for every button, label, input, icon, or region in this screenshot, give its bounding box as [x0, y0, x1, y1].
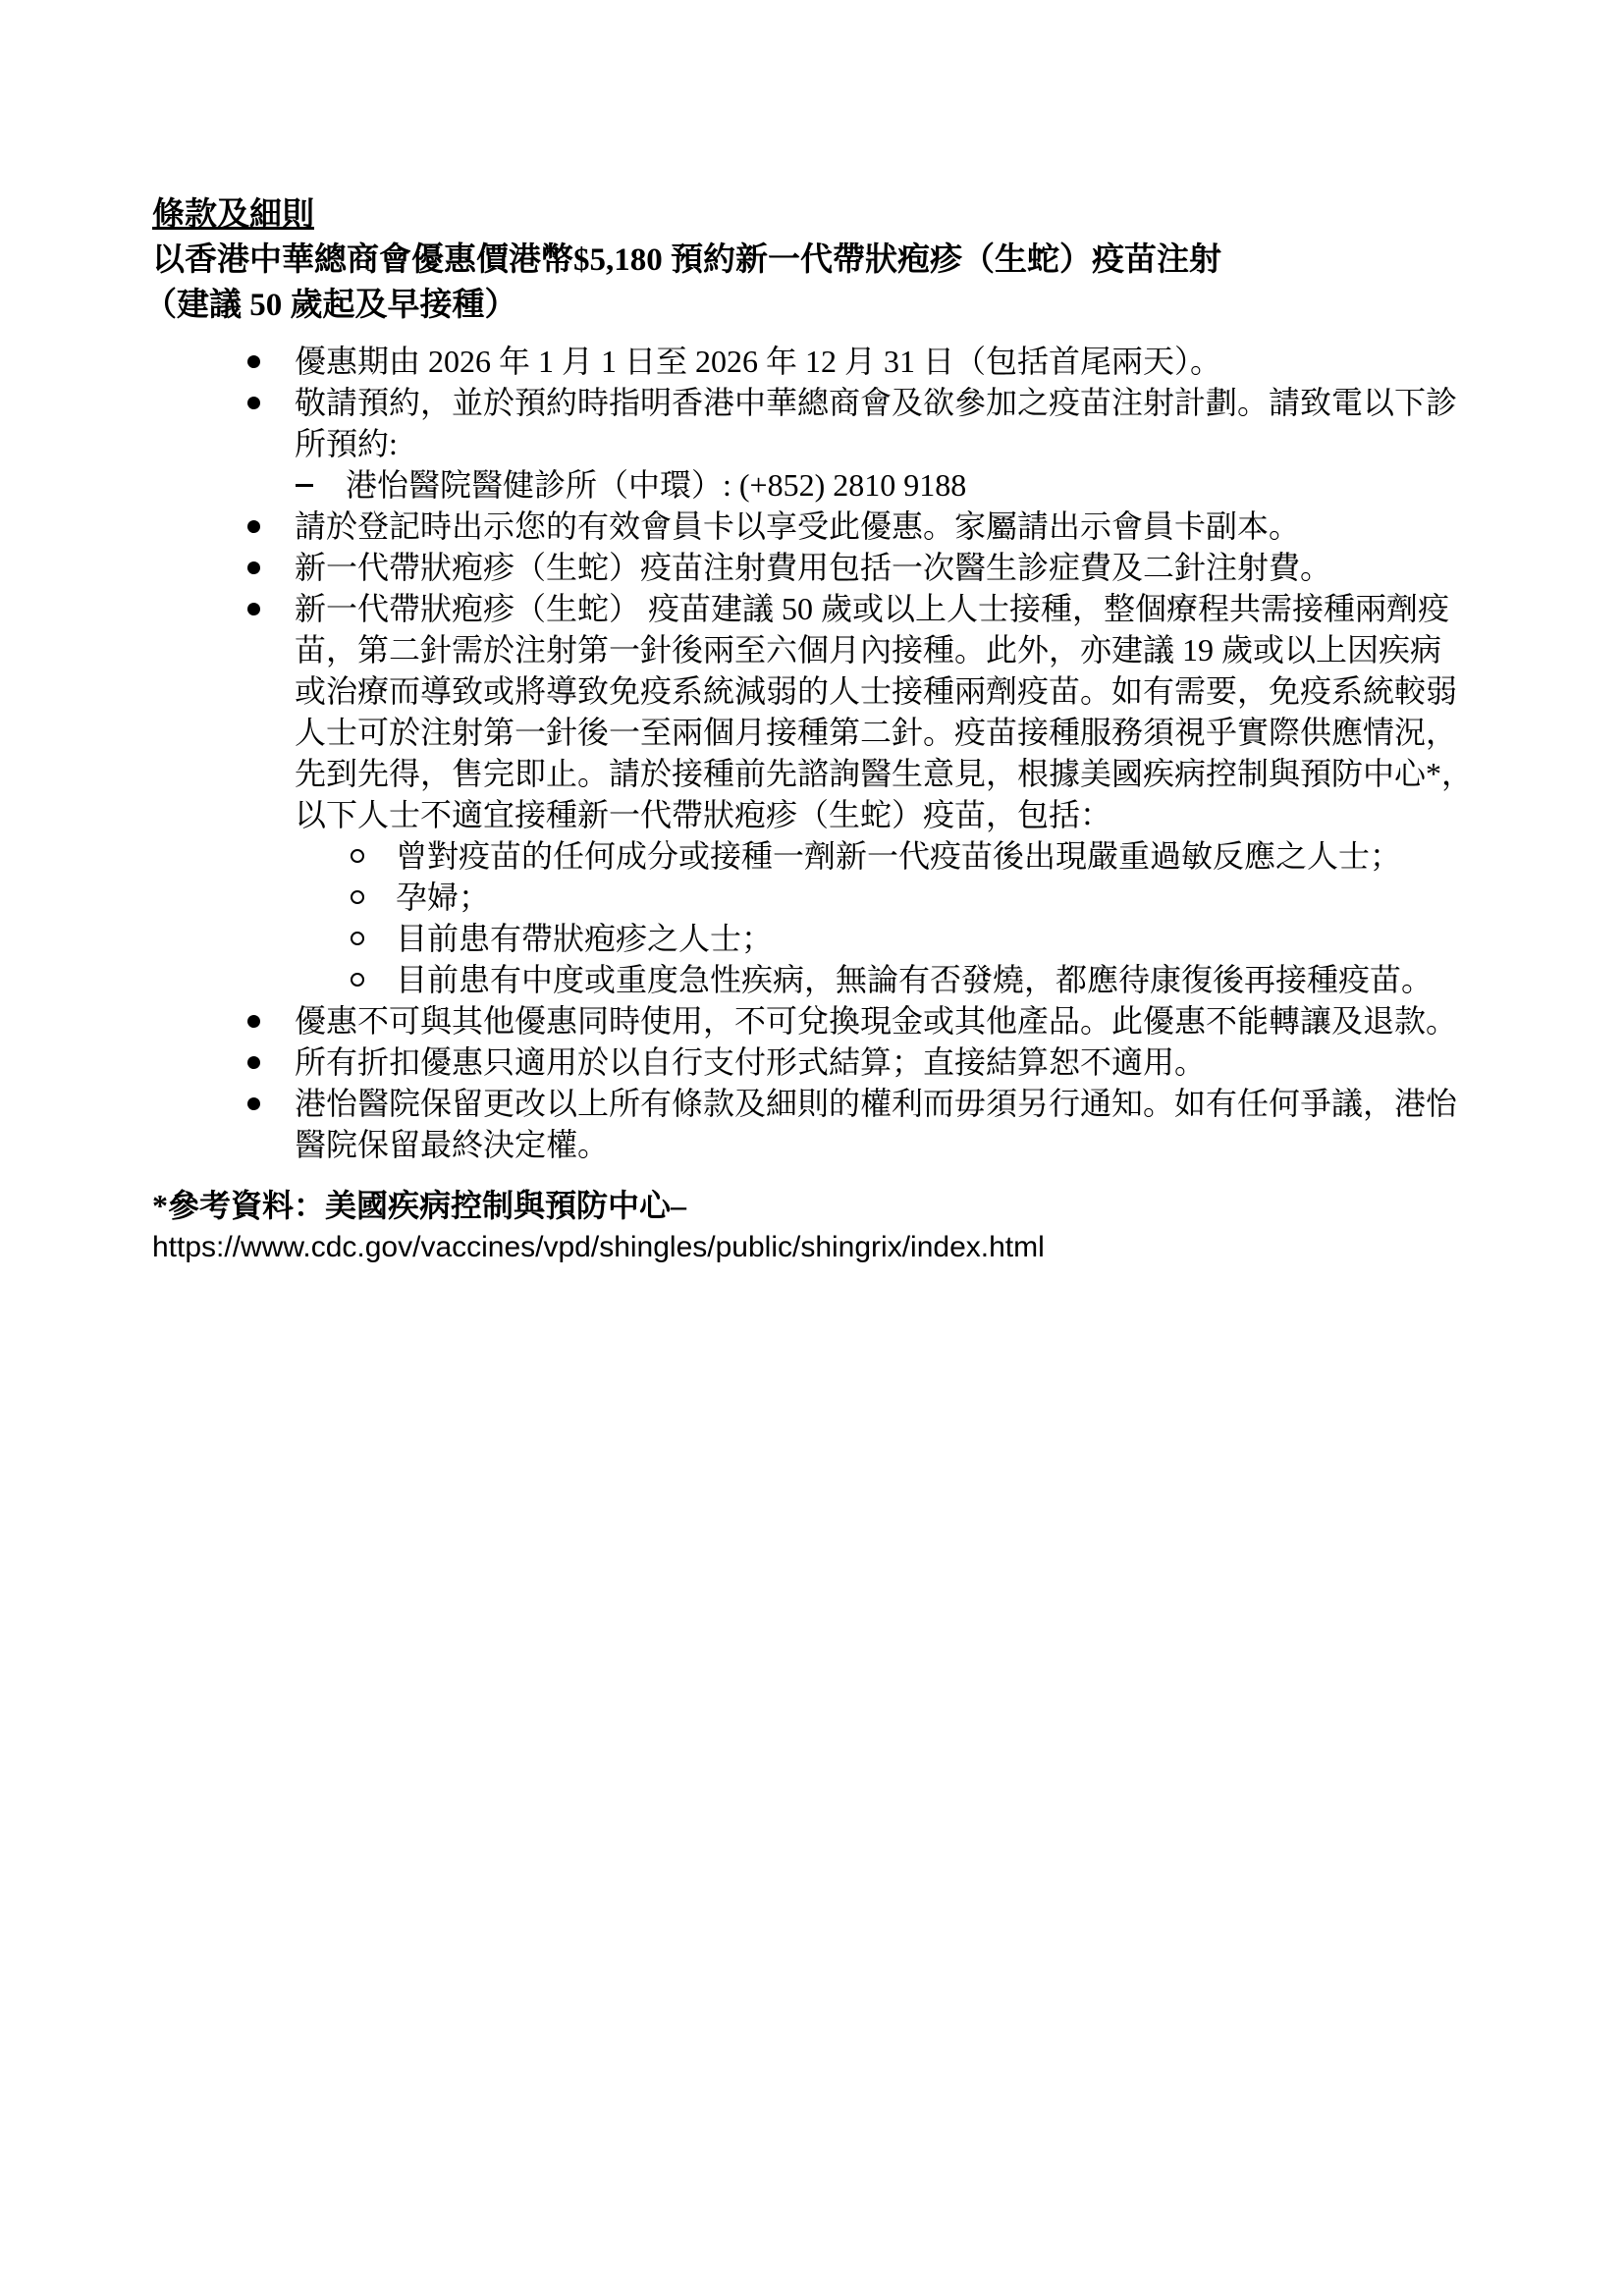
list-line: 以下人士不適宜接種新一代帶狀疱疹（生蛇）疫苗，包括： — [152, 794, 1565, 835]
item-line-text: 港怡醫院保留更改以上所有條款及細則的權利而毋須另行通知。如有任何爭議，港怡 — [295, 1083, 1565, 1124]
list-line: 人士可於注射第一針後一至兩個月接種第二針。疫苗接種服務須視乎實際供應情況， — [152, 712, 1565, 753]
terms-sub-item: 目前患有帶狀疱疹之人士； — [152, 918, 1565, 959]
item-line-text: 所有折扣優惠只適用於以自行支付形式結算；直接結算恕不適用。 — [295, 1041, 1565, 1083]
disc-bullet-icon — [247, 1056, 260, 1069]
terms-item: 新一代帶狀疱疹（生蛇） 疫苗建議 50 歲或以上人士接種，整個療程共需接種兩劑疫… — [152, 588, 1565, 835]
list-line: 敬請預約，並於預約時指明香港中華總商會及欲參加之疫苗注射計劃。請致電以下診 — [152, 382, 1565, 423]
reference-label: *參考資料：美國疾病控制與預防中心– — [152, 1185, 1565, 1226]
item-line-text: 苗，第二針需於注射第一針後兩至六個月內接種。此外，亦建議 19 歲或以上因疾病 — [295, 629, 1565, 670]
item-line-text: 新一代帶狀疱疹（生蛇） 疫苗建議 50 歲或以上人士接種，整個療程共需接種兩劑疫 — [295, 588, 1565, 629]
item-line-text: 新一代帶狀疱疹（生蛇）疫苗注射費用包括一次醫生診症費及二針注射費。 — [295, 547, 1565, 588]
circle-bullet-icon — [351, 932, 364, 945]
terms-list: 優惠期由 2026 年 1 月 1 日至 2026 年 12 月 31 日（包括… — [152, 341, 1565, 1165]
item-line-text: 目前患有中度或重度急性疾病，無論有否發燒，都應待康復後再接種疫苗。 — [396, 959, 1565, 1000]
list-line: 醫院保留最終決定權。 — [152, 1124, 1565, 1165]
list-line: 新一代帶狀疱疹（生蛇） 疫苗建議 50 歲或以上人士接種，整個療程共需接種兩劑疫 — [152, 588, 1565, 629]
circle-bullet-icon — [351, 973, 364, 987]
list-line: 先到先得，售完即止。請於接種前先諮詢醫生意見，根據美國疾病控制與預防中心*， — [152, 753, 1565, 794]
item-line-text: 以下人士不適宜接種新一代帶狀疱疹（生蛇）疫苗，包括： — [295, 794, 1565, 835]
terms-sub-item: 目前患有中度或重度急性疾病，無論有否發燒，都應待康復後再接種疫苗。 — [152, 959, 1565, 1000]
list-line: 所有折扣優惠只適用於以自行支付形式結算；直接結算恕不適用。 — [152, 1041, 1565, 1083]
item-line-text: 請於登記時出示您的有效會員卡以享受此優惠。家屬請出示會員卡副本。 — [295, 506, 1565, 547]
list-line: 優惠期由 2026 年 1 月 1 日至 2026 年 12 月 31 日（包括… — [152, 341, 1565, 382]
circle-bullet-icon — [351, 890, 364, 904]
terms-heading: 條款及細則 — [152, 192, 1565, 238]
list-line: 曾對疫苗的任何成分或接種一劑新一代疫苗後出現嚴重過敏反應之人士； — [152, 835, 1565, 877]
list-line: 新一代帶狀疱疹（生蛇）疫苗注射費用包括一次醫生診症費及二針注射費。 — [152, 547, 1565, 588]
item-line-text: 優惠期由 2026 年 1 月 1 日至 2026 年 12 月 31 日（包括… — [295, 341, 1565, 382]
item-line-text: 曾對疫苗的任何成分或接種一劑新一代疫苗後出現嚴重過敏反應之人士； — [396, 835, 1565, 877]
item-line-text: 敬請預約，並於預約時指明香港中華總商會及欲參加之疫苗注射計劃。請致電以下診 — [295, 382, 1565, 423]
disc-bullet-icon — [247, 520, 260, 533]
list-line: 孕婦； — [152, 877, 1565, 918]
item-line-text: 先到先得，售完即止。請於接種前先諮詢醫生意見，根據美國疾病控制與預防中心*， — [295, 753, 1565, 794]
list-line: 目前患有帶狀疱疹之人士； — [152, 918, 1565, 959]
item-line-text: 港怡醫院醫健診所（中環）: (+852) 2810 9188 — [346, 464, 1565, 506]
item-line-text: 人士可於注射第一針後一至兩個月接種第二針。疫苗接種服務須視乎實際供應情況， — [295, 712, 1565, 753]
item-line-text: 目前患有帶狀疱疹之人士； — [396, 918, 1565, 959]
reference-url[interactable]: https://www.cdc.gov/vaccines/vpd/shingle… — [152, 1226, 1565, 1269]
terms-item: 敬請預約，並於預約時指明香港中華總商會及欲參加之疫苗注射計劃。請致電以下診所預約… — [152, 382, 1565, 464]
terms-item: 優惠期由 2026 年 1 月 1 日至 2026 年 12 月 31 日（包括… — [152, 341, 1565, 382]
circle-bullet-icon — [351, 849, 364, 863]
list-line: 或治療而導致或將導致免疫系統減弱的人士接種兩劑疫苗。如有需要，免疫系統較弱 — [152, 670, 1565, 712]
disc-bullet-icon — [247, 355, 260, 368]
disc-bullet-icon — [247, 1097, 260, 1110]
document-page: 條款及細則 以香港中華總商會優惠價港幣$5,180 預約新一代帶狀疱疹（生蛇）疫… — [0, 0, 1624, 2296]
dash-bullet-icon — [296, 484, 313, 487]
item-line-text: 孕婦； — [396, 877, 1565, 918]
disc-bullet-icon — [247, 1015, 260, 1028]
list-line: 所預約: — [152, 423, 1565, 464]
terms-sub-item: 孕婦； — [152, 877, 1565, 918]
terms-item: 所有折扣優惠只適用於以自行支付形式結算；直接結算恕不適用。 — [152, 1041, 1565, 1083]
terms-item: 新一代帶狀疱疹（生蛇）疫苗注射費用包括一次醫生診症費及二針注射費。 — [152, 547, 1565, 588]
disc-bullet-icon — [247, 397, 260, 409]
item-line-text: 醫院保留最終決定權。 — [295, 1124, 1565, 1165]
list-line: 苗，第二針需於注射第一針後兩至六個月內接種。此外，亦建議 19 歲或以上因疾病 — [152, 629, 1565, 670]
list-line: 目前患有中度或重度急性疾病，無論有否發燒，都應待康復後再接種疫苗。 — [152, 959, 1565, 1000]
list-line: 港怡醫院醫健診所（中環）: (+852) 2810 9188 — [152, 464, 1565, 506]
item-line-text: 所預約: — [295, 423, 1565, 464]
item-line-text: 或治療而導致或將導致免疫系統減弱的人士接種兩劑疫苗。如有需要，免疫系統較弱 — [295, 670, 1565, 712]
terms-sub-item: 曾對疫苗的任何成分或接種一劑新一代疫苗後出現嚴重過敏反應之人士； — [152, 835, 1565, 877]
disc-bullet-icon — [247, 561, 260, 574]
disc-bullet-icon — [247, 603, 260, 615]
item-line-text: 優惠不可與其他優惠同時使用，不可兌換現金或其他產品。此優惠不能轉讓及退款。 — [295, 1000, 1565, 1041]
terms-item: 優惠不可與其他優惠同時使用，不可兌換現金或其他產品。此優惠不能轉讓及退款。 — [152, 1000, 1565, 1041]
list-line: 優惠不可與其他優惠同時使用，不可兌換現金或其他產品。此優惠不能轉讓及退款。 — [152, 1000, 1565, 1041]
subtitle-line-1: 以香港中華總商會優惠價港幣$5,180 預約新一代帶狀疱疹（生蛇）疫苗注射 — [152, 238, 1565, 283]
list-line: 港怡醫院保留更改以上所有條款及細則的權利而毋須另行通知。如有任何爭議，港怡 — [152, 1083, 1565, 1124]
terms-item: 港怡醫院保留更改以上所有條款及細則的權利而毋須另行通知。如有任何爭議，港怡醫院保… — [152, 1083, 1565, 1165]
subtitle-line-2: （建議 50 歲起及早接種） — [144, 283, 1565, 328]
terms-item: 請於登記時出示您的有效會員卡以享受此優惠。家屬請出示會員卡副本。 — [152, 506, 1565, 547]
list-line: 請於登記時出示您的有效會員卡以享受此優惠。家屬請出示會員卡副本。 — [152, 506, 1565, 547]
terms-sub-item: 港怡醫院醫健診所（中環）: (+852) 2810 9188 — [152, 464, 1565, 506]
